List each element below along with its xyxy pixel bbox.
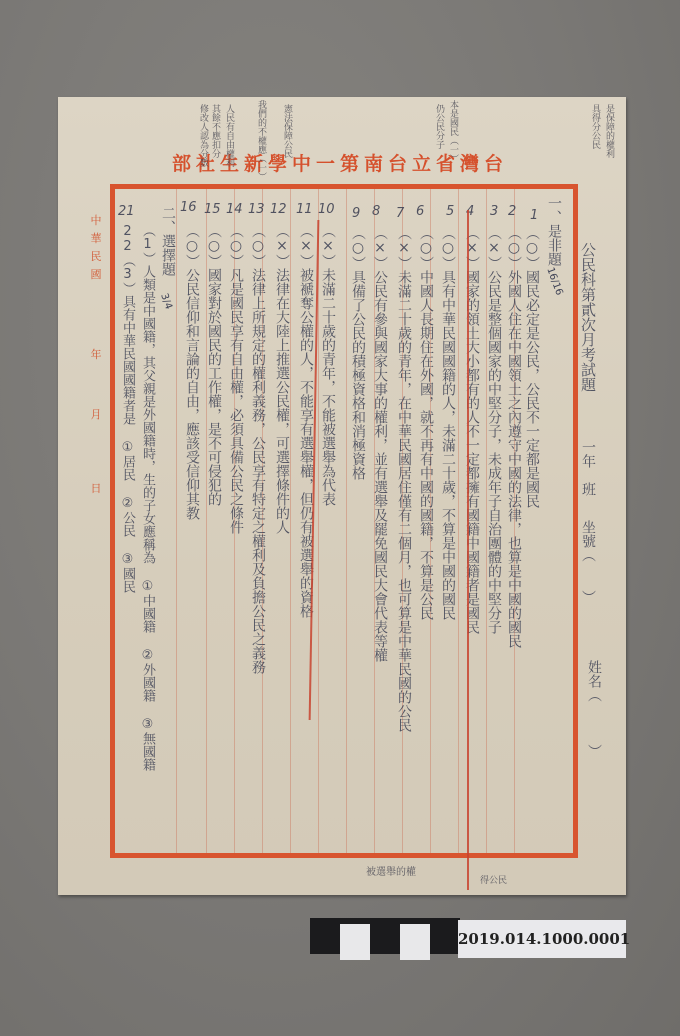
rule-line (346, 189, 347, 853)
margin-note: 是保障的權利 (604, 104, 614, 158)
answer-column: （○）公民信仰和言論的自由，應該受信仰其教 (184, 224, 200, 520)
margin-note: 修改人認為分數 (198, 104, 208, 167)
answer-column: （×）未滿二十歲的青年，在中華民國居住僅有二個月，也可算是中華民國的公民 (396, 226, 412, 732)
answer-column: （○）具備了公民的積極資格和消極資格 (350, 226, 366, 480)
question-number: 11 (296, 202, 313, 218)
margin-note: 其餘不應扣分 (210, 104, 220, 158)
question-number: 1 (530, 208, 538, 224)
margin-note: 仍公民分子 (434, 104, 444, 149)
answer-column: （○）法律上所規定的權利義務，公民享有特定之權利及負擔公民之義務 (250, 224, 266, 674)
question-number: 21 (118, 204, 135, 220)
answer-column: （1）人類是中國籍，其父親是外國籍時，生的子女應稱為 ①中國籍 ②外國籍 ③無國… (140, 224, 155, 771)
question-number: 9 (352, 206, 360, 222)
question-number: 8 (372, 204, 380, 220)
question-number: 14 (226, 202, 243, 218)
question-number: 12 (270, 202, 287, 218)
scale-segment (430, 918, 460, 954)
answer-column: （○）凡是國民享有自由權，必須具備公民之條件 (228, 224, 244, 534)
answer-column: （○）國民必定是公民，公民不一定都是國民 (524, 226, 540, 508)
section-heading: 一、是非題 (546, 196, 562, 266)
margin-note: 本是國民（一） (448, 100, 458, 163)
question-number: 3 (490, 204, 498, 220)
correction-line (467, 210, 469, 890)
question-number: 15 (204, 202, 221, 218)
margin-note: 人民有自由權利 (224, 104, 234, 167)
section-heading: 二、選擇題 (160, 206, 176, 276)
question-number: 13 (248, 202, 265, 218)
bottom-note: 被選舉的權 (366, 868, 416, 878)
rule-line (290, 189, 291, 853)
question-number: 10 (318, 202, 335, 218)
question-number: 5 (446, 204, 454, 220)
question-number: 16 (180, 200, 197, 216)
scale-segment (340, 924, 370, 960)
scale-segment (310, 918, 340, 954)
rule-line (318, 189, 319, 853)
scale-segment (370, 918, 400, 954)
archive-scale-bar (310, 918, 460, 954)
scale-segment (400, 924, 430, 960)
answer-column: （×）未滿二十歲的青年，不能被選舉為代表 (320, 224, 336, 506)
margin-note: 具得分公民 (590, 104, 600, 149)
answer-column: （×）法律在大陸上推選公民權，可選擇條件的人 (274, 224, 290, 534)
answer-column: （○）具有中華民國國籍的人，未滿二十歲，不算是中國的國民 (440, 226, 456, 620)
seat-label: 坐號（ ） (580, 520, 596, 604)
catalog-number-label: 2019.014.1000.0001 (458, 920, 626, 958)
rule-line (458, 189, 459, 853)
rule-line (176, 189, 177, 853)
name-label: 姓名（ ） (582, 660, 606, 758)
answer-column: 22（3）具有中華民國國籍者是 ①居民 ②公民 ③國民 (120, 224, 135, 593)
answer-column: （○）中國人長期住在外國，就不再有中國的國籍，不算是公民 (418, 226, 434, 620)
class-label: 一年 班 (580, 440, 596, 496)
question-number: 6 (416, 204, 424, 220)
question-number: 7 (396, 206, 404, 222)
answer-column: （×）公民有參與國家大事的權利，並有選舉及罷免國民大會代表等權 (372, 226, 388, 662)
answer-column: （○）外國人住在中國領土之內遵守中國的法律，也算是中國的國民 (506, 226, 522, 648)
answer-column: （○）國家對於國民的工作權，是不可侵犯的 (206, 224, 222, 506)
bottom-note: 得公民 (480, 876, 507, 886)
exam-title: 公民科第貳次月考試題 (578, 242, 597, 392)
margin-note: 憲法保障公民 (282, 104, 292, 158)
margin-note: 我們的不權應（一） (256, 100, 266, 181)
question-number: 2 (508, 204, 516, 220)
answer-column: （×）公民是整個國家的中堅分子，未成年子自治團體的中堅分子 (486, 226, 502, 634)
